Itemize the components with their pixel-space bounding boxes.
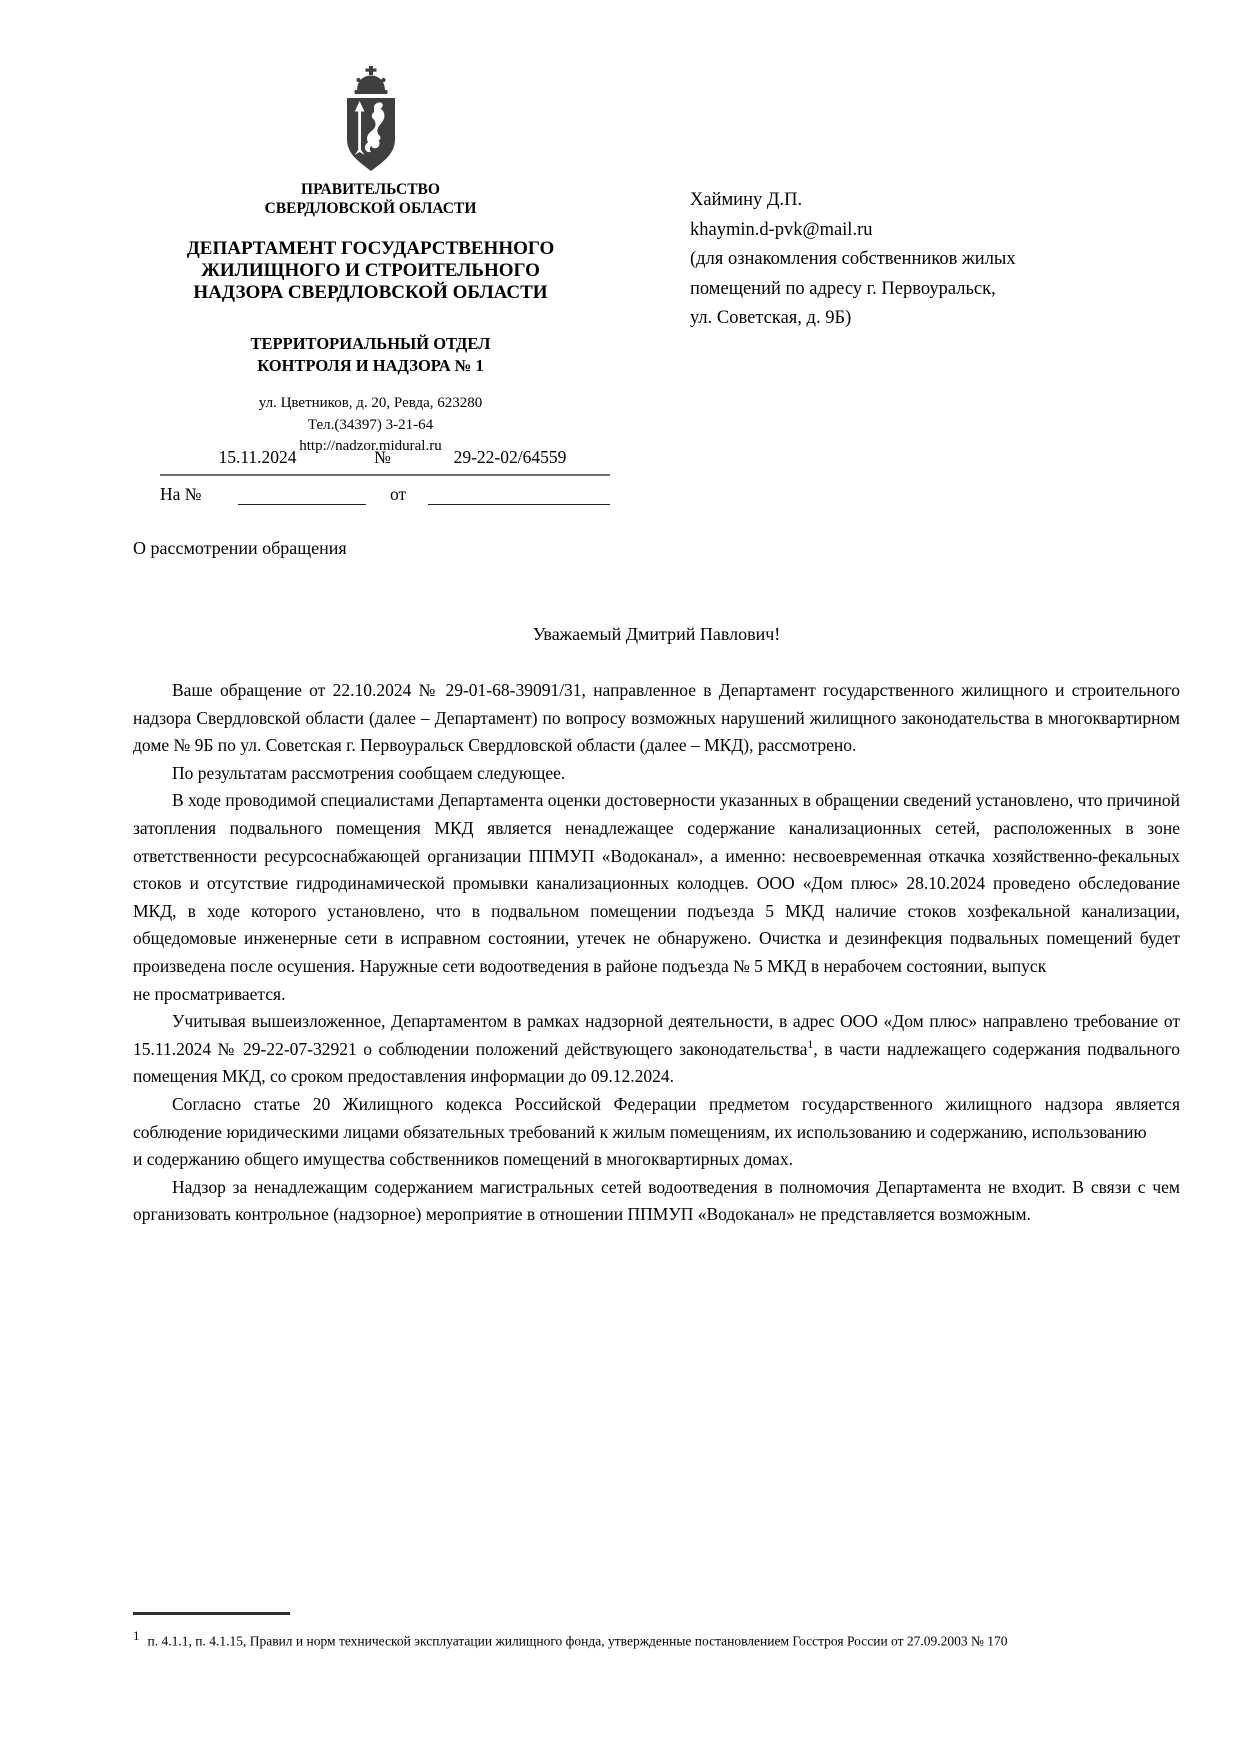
department-name-line2: ЖИЛИЩНОГО И СТРОИТЕЛЬНОГО <box>147 260 594 282</box>
territorial-unit-line1: ТЕРРИТОРИАЛЬНЫЙ ОТДЕЛ <box>147 333 594 355</box>
addressee-note-line1: (для ознакомления собственников жилых <box>690 245 1160 275</box>
paragraph-5-continuation: и содержанию общего имущества собственни… <box>133 1146 1180 1174</box>
addressee-note-line2: помещений по адресу г. Первоуральск, <box>690 275 1160 305</box>
footnote-divider <box>133 1612 290 1615</box>
reply-date-label: от <box>390 484 420 505</box>
department-name-line3: НАДЗОРА СВЕРДЛОВСКОЙ ОБЛАСТИ <box>147 282 594 304</box>
paragraph-4: Учитывая вышеизложенное, Департаментом в… <box>133 1008 1180 1091</box>
reference-block: 15.11.2024 № 29-22-02/64559 На № от <box>160 447 610 505</box>
reply-number-label: На № <box>160 484 238 505</box>
incoming-reference-row: На № от <box>160 483 610 505</box>
paragraph-6: Надзор за ненадлежащим содержанием магис… <box>133 1174 1180 1229</box>
government-name-line1: ПРАВИТЕЛЬСТВО <box>147 180 594 199</box>
coat-of-arms-icon <box>342 66 400 174</box>
paragraph-3: В ходе проводимой специалистами Департам… <box>133 787 1180 980</box>
reply-date-blank <box>428 484 610 505</box>
org-address: ул. Цветников, д. 20, Ревда, 623280 <box>147 393 594 415</box>
letter-number: 29-22-02/64559 <box>410 447 610 468</box>
number-sign: № <box>355 447 410 468</box>
department-name: ДЕПАРТАМЕНТ ГОСУДАРСТВЕННОГО ЖИЛИЩНОГО И… <box>147 238 594 304</box>
addressee-name: Хаймину Д.П. <box>690 186 1160 216</box>
addressee-block: Хаймину Д.П. khaymin.d-pvk@mail.ru (для … <box>690 186 1160 334</box>
paragraph-3-continuation: не просматривается. <box>133 981 1180 1009</box>
letter-date: 15.11.2024 <box>160 447 355 468</box>
letter-body: Ваше обращение от 22.10.2024 № 29-01-68-… <box>133 677 1180 1229</box>
paragraph-1: Ваше обращение от 22.10.2024 № 29-01-68-… <box>133 677 1180 760</box>
subject-line: О рассмотрении обращения <box>133 538 347 559</box>
footnote: 1п. 4.1.1, п. 4.1.15, Правил и норм техн… <box>133 1624 1180 1653</box>
department-name-line1: ДЕПАРТАМЕНТ ГОСУДАРСТВЕННОГО <box>147 238 594 260</box>
paragraph-2: По результатам рассмотрения сообщаем сле… <box>133 760 1180 788</box>
addressee-note-line3: ул. Советская, д. 9Б) <box>690 304 1160 334</box>
addressee-email: khaymin.d-pvk@mail.ru <box>690 216 1160 246</box>
footnote-area: 1п. 4.1.1, п. 4.1.15, Правил и норм техн… <box>133 1612 1180 1653</box>
government-name-line2: СВЕРДЛОВСКОЙ ОБЛАСТИ <box>147 199 594 218</box>
reply-number-blank <box>238 484 366 505</box>
letter-page: ПРАВИТЕЛЬСТВО СВЕРДЛОВСКОЙ ОБЛАСТИ ДЕПАР… <box>0 0 1241 1754</box>
territorial-unit-line2: КОНТРОЛЯ И НАДЗОРА № 1 <box>147 355 594 377</box>
footnote-number: 1 <box>133 1628 140 1643</box>
salutation: Уважаемый Дмитрий Павлович! <box>133 624 1180 645</box>
paragraph-5: Согласно статье 20 Жилищного кодекса Рос… <box>133 1091 1180 1146</box>
outgoing-reference-row: 15.11.2024 № 29-22-02/64559 <box>160 447 610 476</box>
letterhead-org-block: ПРАВИТЕЛЬСТВО СВЕРДЛОВСКОЙ ОБЛАСТИ ДЕПАР… <box>147 66 594 458</box>
government-name: ПРАВИТЕЛЬСТВО СВЕРДЛОВСКОЙ ОБЛАСТИ <box>147 180 594 218</box>
org-phone: Тел.(34397) 3-21-64 <box>147 415 594 437</box>
territorial-unit-name: ТЕРРИТОРИАЛЬНЫЙ ОТДЕЛ КОНТРОЛЯ И НАДЗОРА… <box>147 333 594 377</box>
footnote-text: п. 4.1.1, п. 4.1.15, Правил и норм техни… <box>148 1634 1008 1649</box>
